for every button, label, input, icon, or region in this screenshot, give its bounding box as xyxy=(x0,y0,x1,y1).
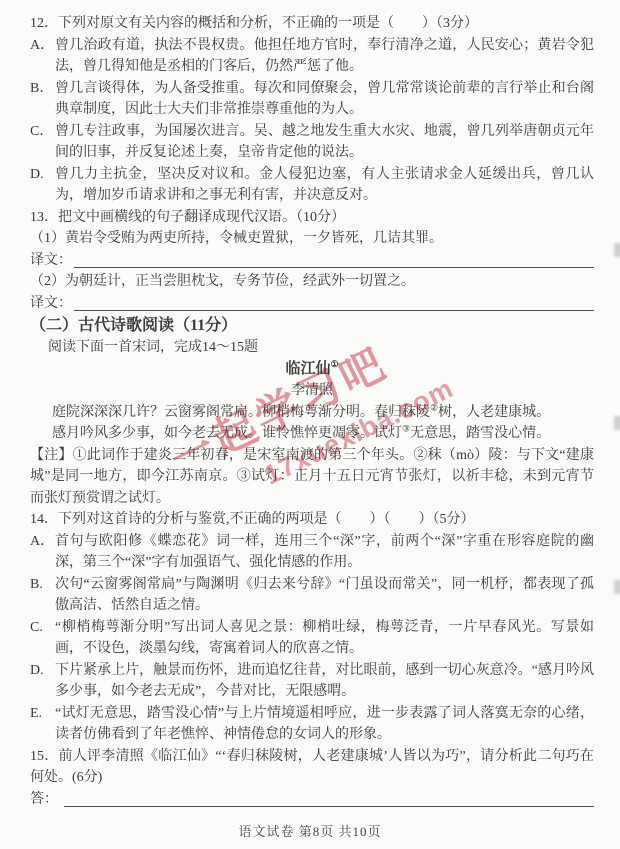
question-12-option-a: A． 曾几治政有道，执法不畏权贵。他担任地方官时，奉行清净之道，人民安心；黄岩令… xyxy=(30,35,594,78)
page-footer: 语文试卷 第8页 共10页 xyxy=(0,821,620,840)
part-label: （2） xyxy=(30,274,65,289)
poem-title-note: ① xyxy=(330,359,338,369)
option-label: A． xyxy=(30,35,55,78)
translation-answer-row-2: 译文： xyxy=(30,293,594,315)
option-label: D. xyxy=(30,660,55,703)
exam-paper-page: 一起学习吧 17xuexiba.com 12．下列对原文有关内容的概括和分析，不… xyxy=(0,0,620,849)
option-label: C. xyxy=(30,617,55,660)
answer-blank-line xyxy=(74,252,594,268)
part-label: （1） xyxy=(30,231,65,246)
answer-blank-line xyxy=(64,791,594,807)
section-header: （二）古代诗歌阅读（11分） xyxy=(30,314,594,337)
note-ref-3: ③ xyxy=(402,423,410,433)
page-content: 12．下列对原文有关内容的概括和分析，不正确的一项是（ ）（3分） A． 曾几治… xyxy=(0,0,620,810)
poem-notes: 【注】①此词作于建炎三年初春，是宋室南渡的第三个年头。②秣（mò）陵：与下文“建… xyxy=(30,445,594,510)
question-14-option-e: E. “试灯无意思，踏雪没心情”与上片情境遥相呼应，进一步表露了词人落寞无奈的心… xyxy=(30,703,594,746)
answer-label: 译文： xyxy=(30,293,74,315)
option-text: 曾几治政有道，执法不畏权贵。他担任地方官时，奉行清净之道，人民安心；黄岩令犯法，… xyxy=(55,35,594,78)
option-text: 下片紧承上片，触景而伤怀，进而追忆往昔，对比眼前，感到一切心灰意冷。“感月吟风多… xyxy=(55,660,594,703)
question-15-answer-row: 答： xyxy=(30,789,594,811)
poem-line-2: 感月吟风多少事，如今老去无成。谁怜憔悴更凋零。试灯③无意思，踏雪没心情。 xyxy=(30,423,594,445)
question-14-option-d: D. 下片紧承上片，触景而伤怀，进而追忆往昔，对比眼前，感到一切心灰意冷。“感月… xyxy=(30,660,594,703)
question-13-part-1: （1）黄岩令受贿为两吏所持，令械吏置狱，一夕皆死，几诘其罪。 xyxy=(30,228,594,250)
question-13-stem: 13．把文中画横线的句子翻译成现代汉语。（10分） xyxy=(30,207,594,229)
translation-answer-row-1: 译文： xyxy=(30,250,594,272)
option-label: C． xyxy=(30,121,55,164)
option-label: E. xyxy=(30,703,55,746)
option-text: 曾几言谈得体，为人备受推重。每次和同僚聚会，曾几常常谈论前辈的言行举止和台阁典章… xyxy=(55,78,594,121)
question-15-stem: 15．前人评李清照《临江仙》“‘春归秣陵树，人老建康城’人皆以为巧”，请分析此二… xyxy=(30,746,594,789)
question-12-option-d: D. 曾几力主抗金，坚决反对议和。金人侵犯边塞，有人主张请求金人延缓出兵，曾几认… xyxy=(30,164,594,207)
option-text: 首句与欧阳修《蝶恋花》词一样，连用三个“深”字，前两个“深”字重在形容庭院的幽深… xyxy=(55,531,594,574)
question-12-stem: 12．下列对原文有关内容的概括和分析，不正确的一项是（ ）（3分） xyxy=(30,13,594,35)
option-label: B. xyxy=(30,574,55,617)
question-14-option-b: B. 次句“云窗雾阁常扃”与陶渊明《归去来兮辞》“门虽设而常关”，同一机杼，都表… xyxy=(30,574,594,617)
reading-intro: 阅读下面一首宋词，完成14～15题 xyxy=(30,337,594,359)
answer-label: 译文： xyxy=(30,250,74,272)
option-text: 曾几力主抗金，坚决反对议和。金人侵犯边塞，有人主张请求金人延缓出兵，曾几认为，增… xyxy=(55,164,594,207)
poem-author: 李清照 xyxy=(30,380,594,402)
question-12-option-b: B． 曾几言谈得体，为人备受推重。每次和同僚聚会，曾几常常谈论前辈的言行举止和台… xyxy=(30,78,594,121)
option-text: 曾几专注政事，为国屡次进言。吴、越之地发生重大水灾、地震，曾几列举唐朝贞元年间的… xyxy=(55,121,594,164)
question-13-part-2: （2）为朝廷计，正当尝胆枕戈，专务节俭，经武外一切置之。 xyxy=(30,271,594,293)
question-14-option-a: A． 首句与欧阳修《蝶恋花》词一样，连用三个“深”字，前两个“深”字重在形容庭院… xyxy=(30,531,594,574)
question-14-option-c: C. “柳梢梅萼渐分明”写出词人喜见之景：柳梢吐绿，梅萼泛青，一片早春风光。写景… xyxy=(30,617,594,660)
poem-line-1: 庭院深深深几许？云窗雾阁常扃。柳梢梅萼渐分明。春归秣陵②树，人老建康城。 xyxy=(30,402,594,424)
note-ref-2: ② xyxy=(430,402,438,412)
answer-blank-line xyxy=(74,295,594,311)
option-label: A． xyxy=(30,531,55,574)
option-label: B． xyxy=(30,78,55,121)
question-14-stem: 14．下列对这首诗的分析与鉴赏,不正确的两项是（ ）（ ）（5分） xyxy=(30,509,594,531)
option-text: “柳梢梅萼渐分明”写出词人喜见之景：柳梢吐绿，梅萼泛青，一片早春风光。写景如画，… xyxy=(55,617,594,660)
option-text: 次句“云窗雾阁常扃”与陶渊明《归去来兮辞》“门虽设而常关”，同一机杼，都表现了孤… xyxy=(55,574,594,617)
part-text: 为朝廷计，正当尝胆枕戈，专务节俭，经武外一切置之。 xyxy=(65,274,415,289)
part-text: 黄岩令受贿为两吏所持，令械吏置狱，一夕皆死，几诘其罪。 xyxy=(65,231,443,246)
option-label: D. xyxy=(30,164,55,207)
answer-label: 答： xyxy=(30,789,64,811)
question-12-option-c: C． 曾几专注政事，为国屡次进言。吴、越之地发生重大水灾、地震，曾几列举唐朝贞元… xyxy=(30,121,594,164)
option-text: “试灯无意思，踏雪没心情”与上片情境遥相呼应，进一步表露了词人落寞无奈的心绪，读… xyxy=(55,703,594,746)
poem-title: 临江仙① xyxy=(30,359,594,381)
